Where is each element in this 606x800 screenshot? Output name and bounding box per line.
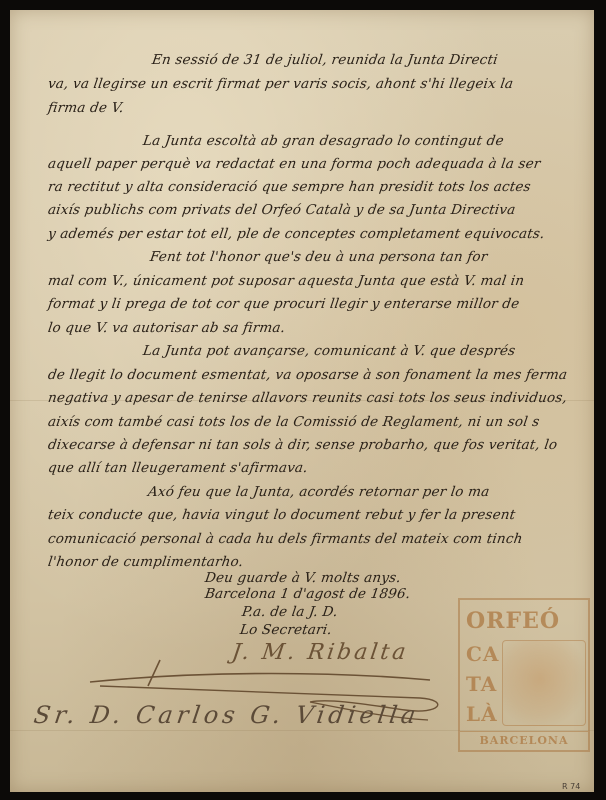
stamp-line: LÀ	[466, 702, 498, 726]
stamp-line: TA	[466, 672, 497, 696]
stamp-line: CA	[466, 642, 499, 666]
stamp-portrait-icon	[502, 640, 586, 726]
letter-page: En sessió de 31 de juliol, reunida la Ju…	[10, 10, 594, 792]
stamp-footer: BARCELONA	[460, 731, 588, 750]
addressee-line: Sr. D. Carlos G. Vidiella	[32, 701, 421, 729]
stamp-line: ORFEÓ	[466, 608, 560, 634]
orfeo-catala-stamp: ORFEÓ CA TA LÀ BARCELONA	[458, 598, 590, 752]
archive-reference: R 74	[562, 782, 580, 791]
